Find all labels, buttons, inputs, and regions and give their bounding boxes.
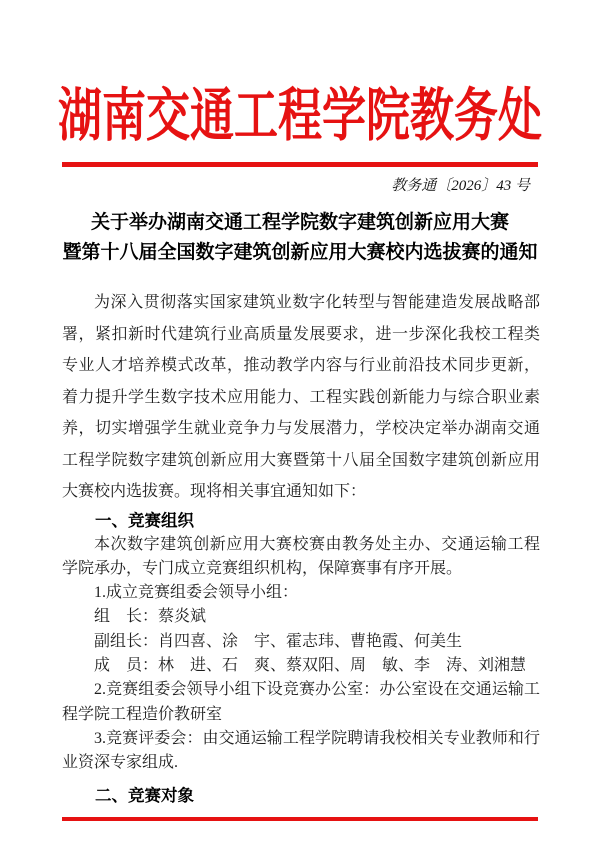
leading-group-intro-line: 1.成立竞赛组委会领导小组： <box>62 581 540 605</box>
notice-title: 关于举办湖南交通工程学院数字建筑创新应用大赛暨第十八届全国数字建筑创新应用大赛校… <box>30 208 570 268</box>
notice-title-line1: 关于举办湖南交通工程学院数字建筑创新应用大赛 <box>91 212 509 233</box>
group-leader-line: 组 长：蔡炎斌 <box>62 605 540 629</box>
intro-paragraph: 为深入贯彻落实国家建筑业数字化转型与智能建造发展战略部署，紧扣新时代建筑行业高质… <box>62 287 540 508</box>
letterhead: 湖南交通工程学院教务处 教务通〔2026〕43 号 <box>0 86 600 196</box>
section-competition-organization: 一、竞赛组织 本次数字建筑创新应用大赛校赛由教务处主办、交通运输工程学院承办，专… <box>0 509 600 776</box>
agency-title: 湖南交通工程学院教务处 <box>57 77 543 158</box>
section-competition-targets: 二、竞赛对象 <box>0 784 600 808</box>
section-1-heading: 一、竞赛组织 <box>62 509 540 533</box>
document-number: 教务通〔2026〕43 号 <box>0 176 530 196</box>
deputy-leaders-line: 副组长：肖四喜、涂 宇、霍志玮、曹艳霞、何美生 <box>62 630 540 654</box>
document-page: 湖南交通工程学院教务处 教务通〔2026〕43 号 关于举办湖南交通工程学院数字… <box>0 86 600 821</box>
notice-title-line2: 暨第十八届全国数字建筑创新应用大赛校内选拔赛的通知 <box>62 242 537 263</box>
jury-paragraph: 3.竞赛评委会：由交通运输工程学院聘请我校相关专业教师和行业资深专家组成. <box>62 727 540 776</box>
organization-overview-paragraph: 本次数字建筑创新应用大赛校赛由教务处主办、交通运输工程学院承办，专门成立竞赛组织… <box>62 533 540 582</box>
competition-office-paragraph: 2.竞赛组委会领导小组下设竞赛办公室：办公室设在交通运输工程学院工程造价教研室 <box>62 678 540 727</box>
members-line: 成 员：林 进、石 爽、蔡双阳、周 敏、李 涛、刘湘慧 <box>62 654 540 678</box>
footer-rule <box>62 817 538 821</box>
letterhead-rule <box>62 162 538 167</box>
section-2-heading: 二、竞赛对象 <box>62 784 540 808</box>
